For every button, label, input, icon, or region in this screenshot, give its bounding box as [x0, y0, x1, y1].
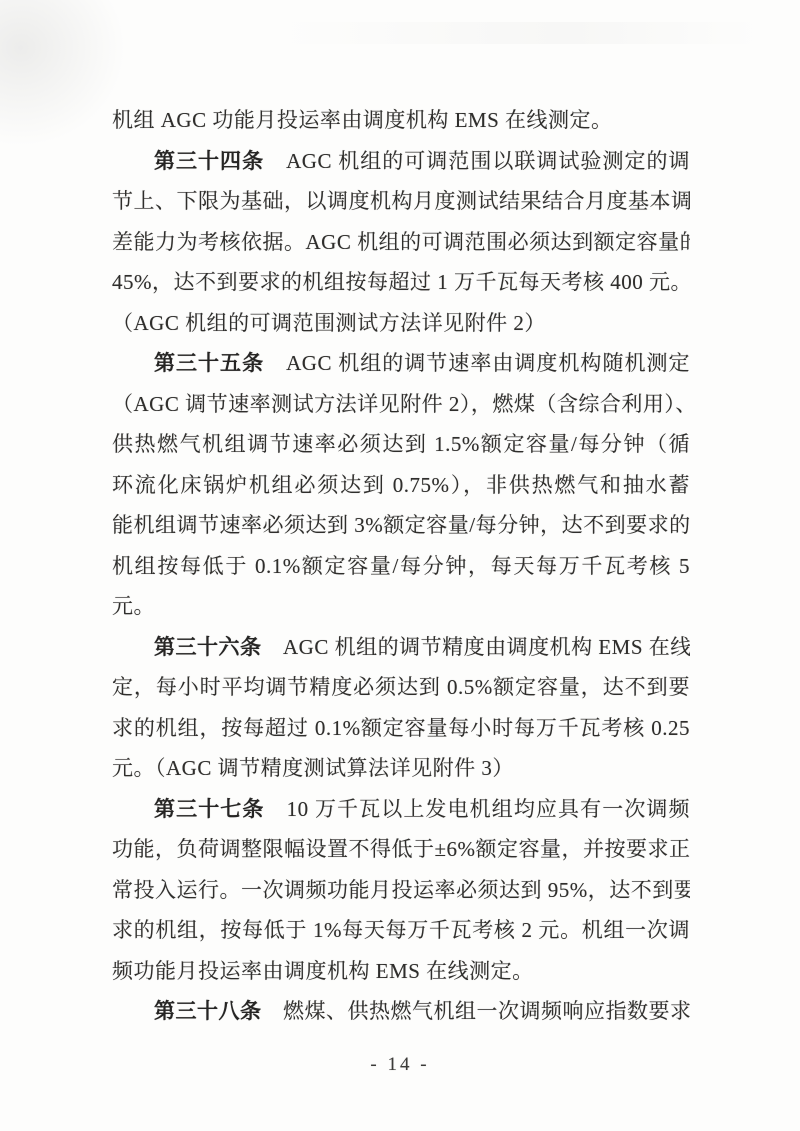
line-text: 定，每小时平均调节精度必须达到 0.5%额定容量，达不到要: [112, 675, 690, 699]
text-line: 求的机组，按每超过 0.1%额定容量每小时每万千瓦考核 0.25: [112, 708, 690, 749]
article-number: 第三十七条: [154, 798, 265, 821]
line-text: 机组 AGC 功能月投运率由调度机构 EMS 在线测定。: [112, 108, 613, 132]
text-line: 求的机组，按每低于 1%每天每万千瓦考核 2 元。机组一次调: [112, 910, 690, 951]
text-line: 频功能月投运率由调度机构 EMS 在线测定。: [112, 951, 690, 992]
line-text: 功能，负荷调整限幅设置不得低于±6%额定容量，并按要求正: [112, 837, 690, 861]
article-number: 第三十四条: [154, 150, 264, 173]
article-number: 第三十八条: [154, 1000, 262, 1023]
text-line: 常投入运行。一次调频功能月投运率必须达到 95%，达不到要: [112, 870, 690, 911]
text-line: 第三十五条 AGC 机组的调节速率由调度机构随机测定: [112, 343, 690, 384]
text-line: （AGC 机组的可调范围测试方法详见附件 2）: [112, 303, 690, 344]
text-line: 节上、下限为基础，以调度机构月度测试结果结合月度基本调: [112, 181, 690, 222]
page-number: - 14 -: [370, 1054, 429, 1075]
line-text: AGC 机组的调节速率由调度机构随机测定: [264, 351, 690, 375]
line-text: （AGC 调节速率测试方法详见附件 2），燃煤（含综合利用）、: [112, 392, 690, 416]
line-text: 45%，达不到要求的机组按每超过 1 万千瓦每天考核 400 元。: [112, 270, 690, 294]
text-line: 供热燃气机组调节速率必须达到 1.5%额定容量/每分钟（循: [112, 424, 690, 465]
line-text: 能机组调节速率必须达到 3%额定容量/每分钟，达不到要求的: [112, 513, 690, 537]
text-line: 功能，负荷调整限幅设置不得低于±6%额定容量，并按要求正: [112, 829, 690, 870]
text-line: 差能力为考核依据。AGC 机组的可调范围必须达到额定容量的: [112, 222, 690, 263]
text-line: 机组 AGC 功能月投运率由调度机构 EMS 在线测定。: [112, 100, 690, 141]
line-text: 求的机组，按每超过 0.1%额定容量每小时每万千瓦考核 0.25: [112, 716, 690, 740]
text-line: 第三十八条 燃煤、供热燃气机组一次调频响应指数要求: [112, 991, 690, 1032]
line-text: 求的机组，按每低于 1%每天每万千瓦考核 2 元。机组一次调: [112, 918, 690, 942]
text-line: 第三十四条 AGC 机组的可调范围以联调试验测定的调: [112, 141, 690, 182]
line-text: 节上、下限为基础，以调度机构月度测试结果结合月度基本调: [112, 189, 690, 213]
text-line: 第三十七条 10 万千瓦以上发电机组均应具有一次调频: [112, 789, 690, 830]
article-number: 第三十六条: [154, 636, 262, 659]
text-line: 环流化床锅炉机组必须达到 0.75%），非供热燃气和抽水蓄: [112, 465, 690, 506]
line-text: 机组按每低于 0.1%额定容量/每分钟，每天每万千瓦考核 5: [112, 554, 690, 578]
scan-streak-artifact: [280, 22, 760, 44]
line-text: 环流化床锅炉机组必须达到 0.75%），非供热燃气和抽水蓄: [112, 473, 690, 497]
text-line: 元。（AGC 调节精度测试算法详见附件 3）: [112, 748, 690, 789]
line-text: 元。: [112, 594, 155, 618]
line-text: AGC 机组的可调范围以联调试验测定的调: [264, 149, 690, 173]
line-text: 差能力为考核依据。AGC 机组的可调范围必须达到额定容量的: [112, 230, 690, 254]
line-text: 10 万千瓦以上发电机组均应具有一次调频: [265, 797, 691, 821]
line-text: 常投入运行。一次调频功能月投运率必须达到 95%，达不到要: [112, 878, 690, 902]
line-text: （AGC 机组的可调范围测试方法详见附件 2）: [112, 311, 546, 335]
text-line: 定，每小时平均调节精度必须达到 0.5%额定容量，达不到要: [112, 667, 690, 708]
line-text: AGC 机组的调节精度由调度机构 EMS 在线测: [262, 635, 691, 659]
line-text: 元。（AGC 调节精度测试算法详见附件 3）: [112, 756, 514, 780]
text-line: 45%，达不到要求的机组按每超过 1 万千瓦每天考核 400 元。: [112, 262, 690, 303]
line-text: 燃煤、供热燃气机组一次调频响应指数要求: [262, 999, 691, 1023]
text-line: （AGC 调节速率测试方法详见附件 2），燃煤（含综合利用）、: [112, 384, 690, 425]
article-number: 第三十五条: [154, 352, 264, 375]
line-text: 频功能月投运率由调度机构 EMS 在线测定。: [112, 959, 534, 983]
page-footer: - 14 -: [0, 1054, 800, 1076]
document-body: 机组 AGC 功能月投运率由调度机构 EMS 在线测定。 第三十四条 AGC 机…: [112, 100, 690, 1032]
text-line: 元。: [112, 586, 690, 627]
line-text: 供热燃气机组调节速率必须达到 1.5%额定容量/每分钟（循: [112, 432, 690, 456]
document-page: 机组 AGC 功能月投运率由调度机构 EMS 在线测定。 第三十四条 AGC 机…: [0, 0, 800, 1131]
text-line: 机组按每低于 0.1%额定容量/每分钟，每天每万千瓦考核 5: [112, 546, 690, 587]
text-line: 第三十六条 AGC 机组的调节精度由调度机构 EMS 在线测: [112, 627, 690, 668]
text-line: 能机组调节速率必须达到 3%额定容量/每分钟，达不到要求的: [112, 505, 690, 546]
